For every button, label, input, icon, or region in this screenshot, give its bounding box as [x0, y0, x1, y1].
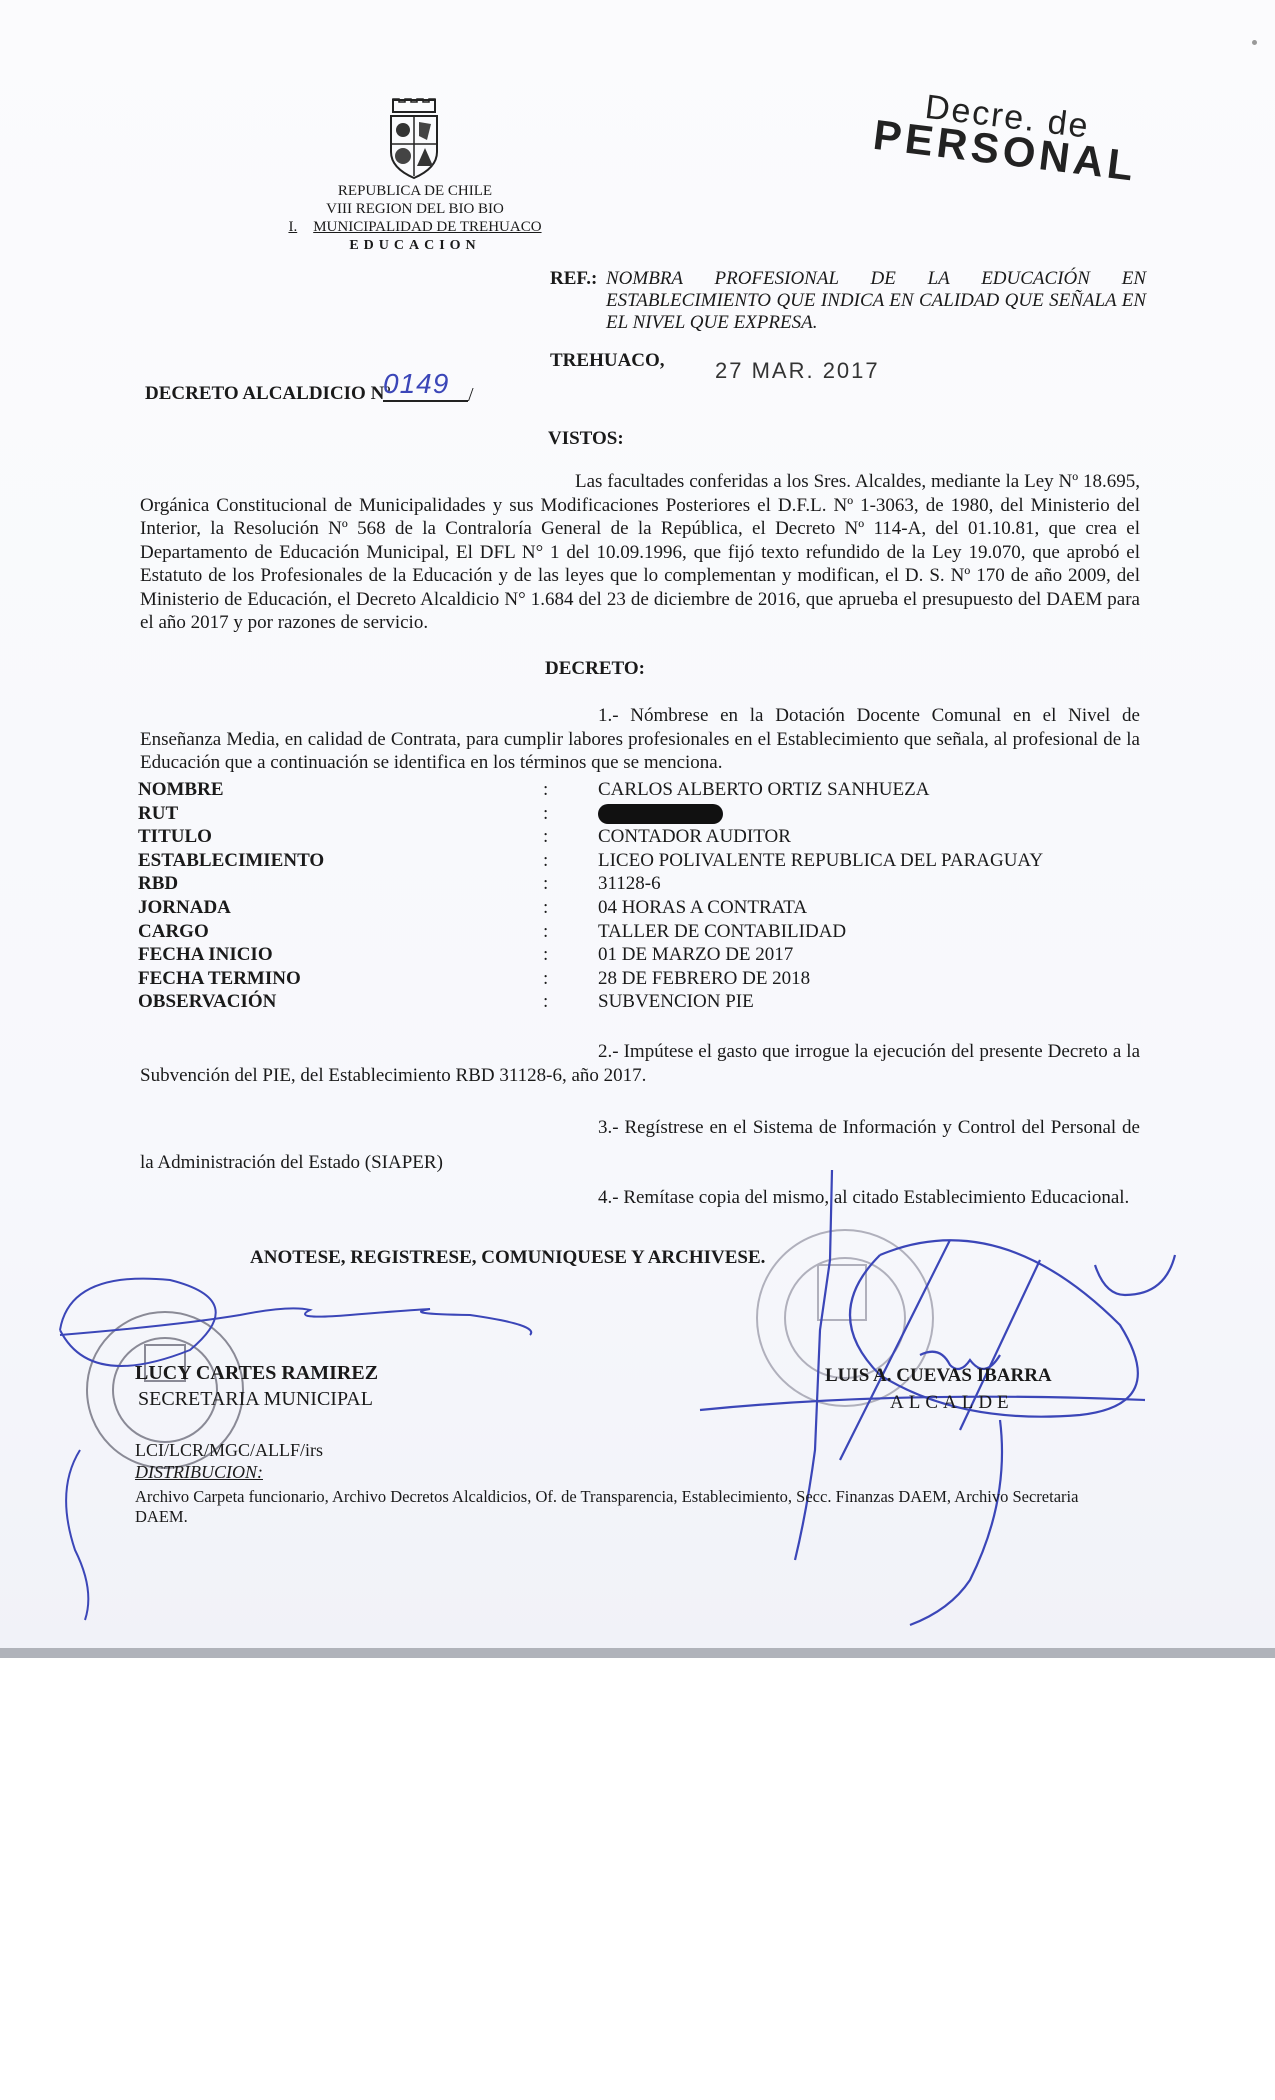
field-value: CARLOS ALBERTO ORTIZ SANHUEZA [598, 778, 929, 802]
field-key: OBSERVACIÓN [138, 990, 276, 1014]
field-row: FECHA INICIO:01 DE MARZO DE 2017 [138, 943, 1138, 967]
header-region: VIII REGION DEL BIO BIO [270, 200, 560, 219]
field-key: NOMBRE [138, 778, 224, 802]
vistos-paragraph: Las facultades conferidas a los Sres. Al… [140, 470, 1140, 635]
field-separator: : [543, 849, 548, 873]
field-row: JORNADA:04 HORAS A CONTRATA [138, 896, 1138, 920]
field-value: LICEO POLIVALENTE REPUBLICA DEL PARAGUAY [598, 849, 1043, 873]
field-row: FECHA TERMINO:28 DE FEBRERO DE 2018 [138, 967, 1138, 991]
field-separator: : [543, 967, 548, 991]
redaction-mark [598, 804, 723, 824]
decree-item-4: 4.- Remítase copia del mismo, al citado … [140, 1180, 1140, 1215]
appointment-fields: NOMBRE:CARLOS ALBERTO ORTIZ SANHUEZA RUT… [138, 778, 1138, 1014]
field-value: TALLER DE CONTABILIDAD [598, 920, 846, 944]
decree-item-2-text: 2.- Impútese el gasto que irrogue la eje… [140, 1041, 1140, 1086]
coat-of-arms-icon [385, 98, 443, 180]
decreto-heading: DECRETO: [545, 658, 645, 680]
secretary-title: SECRETARIA MUNICIPAL [138, 1388, 373, 1411]
ref-label: REF.: [550, 268, 597, 290]
field-key: TITULO [138, 825, 212, 849]
decree-item-1: 1.- Nómbrese en la Dotación Docente Comu… [140, 704, 1140, 775]
field-value: 01 DE MARZO DE 2017 [598, 943, 793, 967]
field-value: 31128-6 [598, 872, 661, 896]
field-separator: : [543, 990, 548, 1014]
field-row: ESTABLECIMIENTO:LICEO POLIVALENTE REPUBL… [138, 849, 1138, 873]
field-key: CARGO [138, 920, 209, 944]
vistos-heading: VISTOS: [548, 428, 624, 450]
header-country: REPUBLICA DE CHILE [270, 182, 560, 201]
field-row: TITULO:CONTADOR AUDITOR [138, 825, 1138, 849]
field-separator: : [543, 778, 548, 802]
field-separator: : [543, 872, 548, 896]
secretary-name: LUCY CARTES RAMIREZ [135, 1362, 378, 1385]
date-stamp: 27 MAR. 2017 [715, 358, 880, 384]
decree-item-3: 3.- Regístrese en el Sistema de Informac… [140, 1110, 1140, 1180]
responsible-initials: LCI/LCR/MGC/ALLF/irs [135, 1440, 323, 1461]
field-value [598, 802, 723, 826]
decree-number-handwritten: 0149 [383, 368, 468, 402]
scan-bottom-edge [0, 1648, 1275, 1658]
field-key: RUT [138, 802, 178, 826]
field-key: FECHA INICIO [138, 943, 273, 967]
decree-item-2: 2.- Impútese el gasto que irrogue la eje… [140, 1040, 1140, 1087]
field-row: OBSERVACIÓN:SUBVENCION PIE [138, 990, 1138, 1014]
header-municipality-name: MUNICIPALIDAD DE TREHUACO [313, 219, 541, 235]
ref-text: NOMBRA PROFESIONAL DE LA EDUCACIÓN EN ES… [606, 268, 1146, 334]
field-row: CARGO:TALLER DE CONTABILIDAD [138, 920, 1138, 944]
field-key: FECHA TERMINO [138, 967, 301, 991]
field-row: RBD:31128-6 [138, 872, 1138, 896]
field-key: RBD [138, 872, 178, 896]
field-row: NOMBRE:CARLOS ALBERTO ORTIZ SANHUEZA [138, 778, 1138, 802]
field-separator: : [543, 896, 548, 920]
field-value: 28 DE FEBRERO DE 2018 [598, 967, 810, 991]
mayor-name: LUIS A. CUEVAS IBARRA [825, 1365, 1052, 1387]
field-value: 04 HORAS A CONTRATA [598, 896, 807, 920]
field-separator: : [543, 825, 548, 849]
header-department: EDUCACION [270, 236, 560, 255]
field-value: CONTADOR AUDITOR [598, 825, 791, 849]
mayor-title: ALCALDE [890, 1392, 1014, 1414]
distribution-list: Archivo Carpeta funcionario, Archivo Dec… [135, 1487, 1135, 1527]
field-separator: : [543, 802, 548, 826]
decree-number-label: DECRETO ALCALDICIO Nº [145, 383, 391, 405]
header-municipality: I.MUNICIPALIDAD DE TREHUACO [270, 218, 560, 237]
header-municipality-prefix: I. [288, 219, 297, 235]
field-separator: : [543, 920, 548, 944]
closing-formula: ANOTESE, REGISTRESE, COMUNIQUESE Y ARCHI… [250, 1247, 765, 1269]
field-value: SUBVENCION PIE [598, 990, 754, 1014]
field-key: JORNADA [138, 896, 231, 920]
decree-item-4-text: 4.- Remítase copia del mismo, al citado … [598, 1187, 1129, 1208]
field-row: RUT: [138, 802, 1138, 826]
decree-number-slash: / [468, 384, 474, 407]
distribution-heading: DISTRIBUCION: [135, 1462, 263, 1483]
field-key: ESTABLECIMIENTO [138, 849, 324, 873]
scan-speck [1252, 40, 1257, 45]
decree-item-3-text: 3.- Regístrese en el Sistema de Informac… [140, 1117, 1140, 1173]
place: TREHUACO, [550, 350, 665, 372]
decree-item-1-text: 1.- Nómbrese en la Dotación Docente Comu… [140, 705, 1140, 773]
vistos-text: Las facultades conferidas a los Sres. Al… [140, 471, 1140, 633]
field-separator: : [543, 943, 548, 967]
